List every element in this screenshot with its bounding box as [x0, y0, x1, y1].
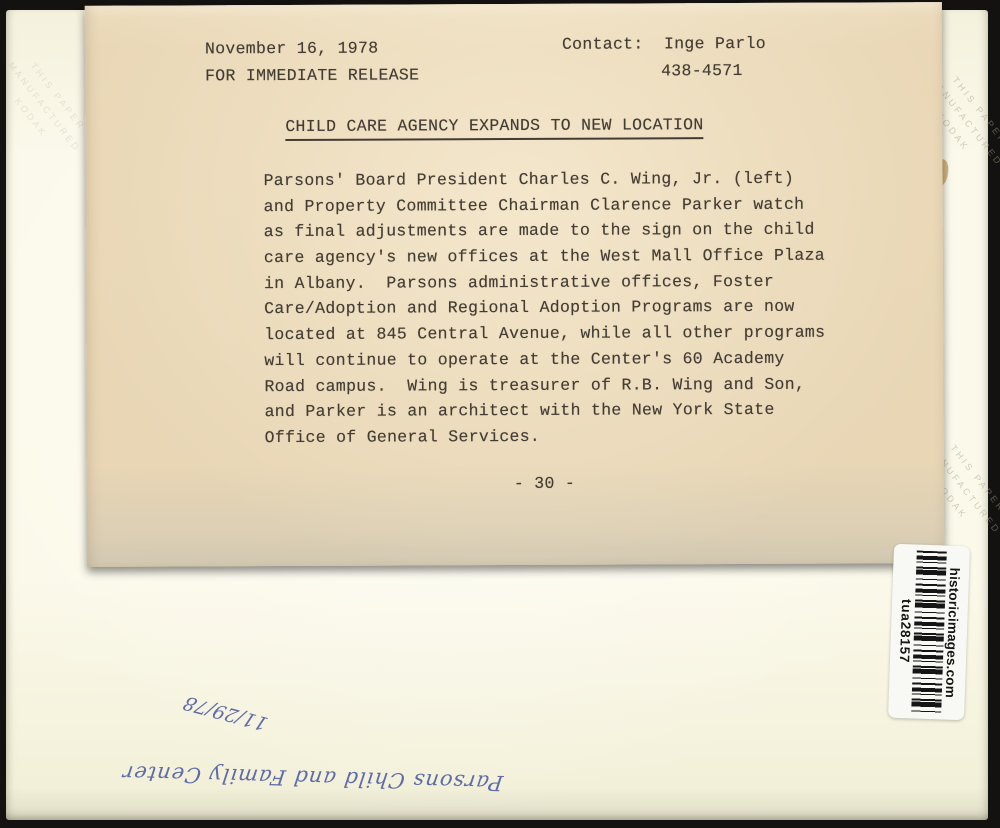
- body-paragraph: Parsons' Board President Charles C. Wing…: [264, 169, 826, 454]
- barcode-sticker-content: historicimages.com tua28157: [890, 546, 968, 718]
- headline: CHILD CARE AGENCY EXPANDS TO NEW LOCATIO…: [285, 115, 703, 141]
- body-line: care agency's new offices at the West Ma…: [264, 246, 825, 274]
- body-line: located at 845 Central Avenue, while all…: [264, 323, 825, 351]
- body-line: Office of General Services.: [265, 426, 826, 454]
- sticker-code: tua28157: [897, 599, 914, 664]
- barcode: [911, 551, 947, 714]
- release-statement: FOR IMMEDIATE RELEASE: [205, 65, 419, 85]
- end-mark: - 30 -: [514, 474, 575, 493]
- body-line: as final adjustments are made to the sig…: [264, 220, 825, 248]
- contact-name: Contact: Inge Parlo: [562, 34, 766, 54]
- sticker-website: historicimages.com: [943, 567, 963, 698]
- body-line: and Property Committee Chairman Clarence…: [264, 194, 825, 222]
- contact-phone: 438-4571: [661, 61, 743, 80]
- body-line: will continue to operate at the Center's…: [264, 348, 825, 376]
- press-release-sheet: November 16, 1978 FOR IMMEDIATE RELEASE …: [85, 2, 944, 567]
- release-date: November 16, 1978: [205, 39, 379, 59]
- body-line: in Albany. Parsons administrative office…: [264, 271, 825, 299]
- body-line: Road campus. Wing is treasurer of R.B. W…: [264, 374, 825, 402]
- body-line: Parsons' Board President Charles C. Wing…: [264, 169, 825, 197]
- body-line: Care/Adoption and Regional Adoption Prog…: [264, 297, 825, 325]
- scanned-press-release-photo-back: THIS PAPER MANUFACTURED KODAK THIS PAPER…: [0, 0, 1000, 828]
- body-line: and Parker is an architect with the New …: [265, 400, 826, 428]
- barcode-sticker: historicimages.com tua28157: [888, 544, 970, 721]
